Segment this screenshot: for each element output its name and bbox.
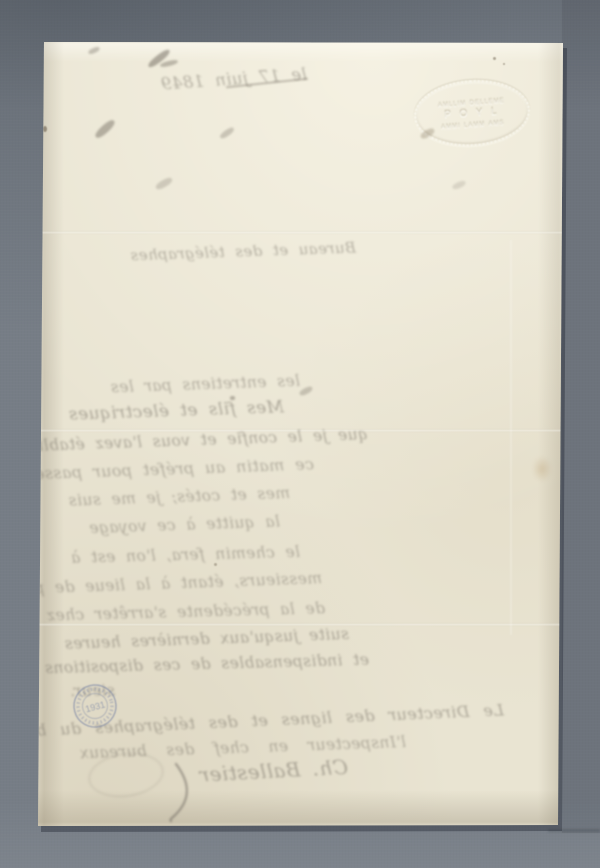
embossed-stamp-text: ammi lamm ams: [441, 118, 505, 130]
backdrop-shade-right: [562, 0, 600, 833]
paper-edge-nick: [43, 126, 47, 132]
foxing-stain: [532, 456, 552, 482]
letter-page-verso: le 17 juin 1849 Bureau et des télégraphe…: [0, 0, 600, 868]
stamp-center-text: 1931: [84, 700, 106, 715]
paper-speck: [493, 57, 496, 60]
photo-backdrop: le 17 juin 1849 Bureau et des télégraphe…: [0, 0, 600, 868]
paper-speck: [503, 63, 505, 65]
pencil-smudge: [230, 396, 235, 400]
paper-speck: [214, 563, 217, 566]
